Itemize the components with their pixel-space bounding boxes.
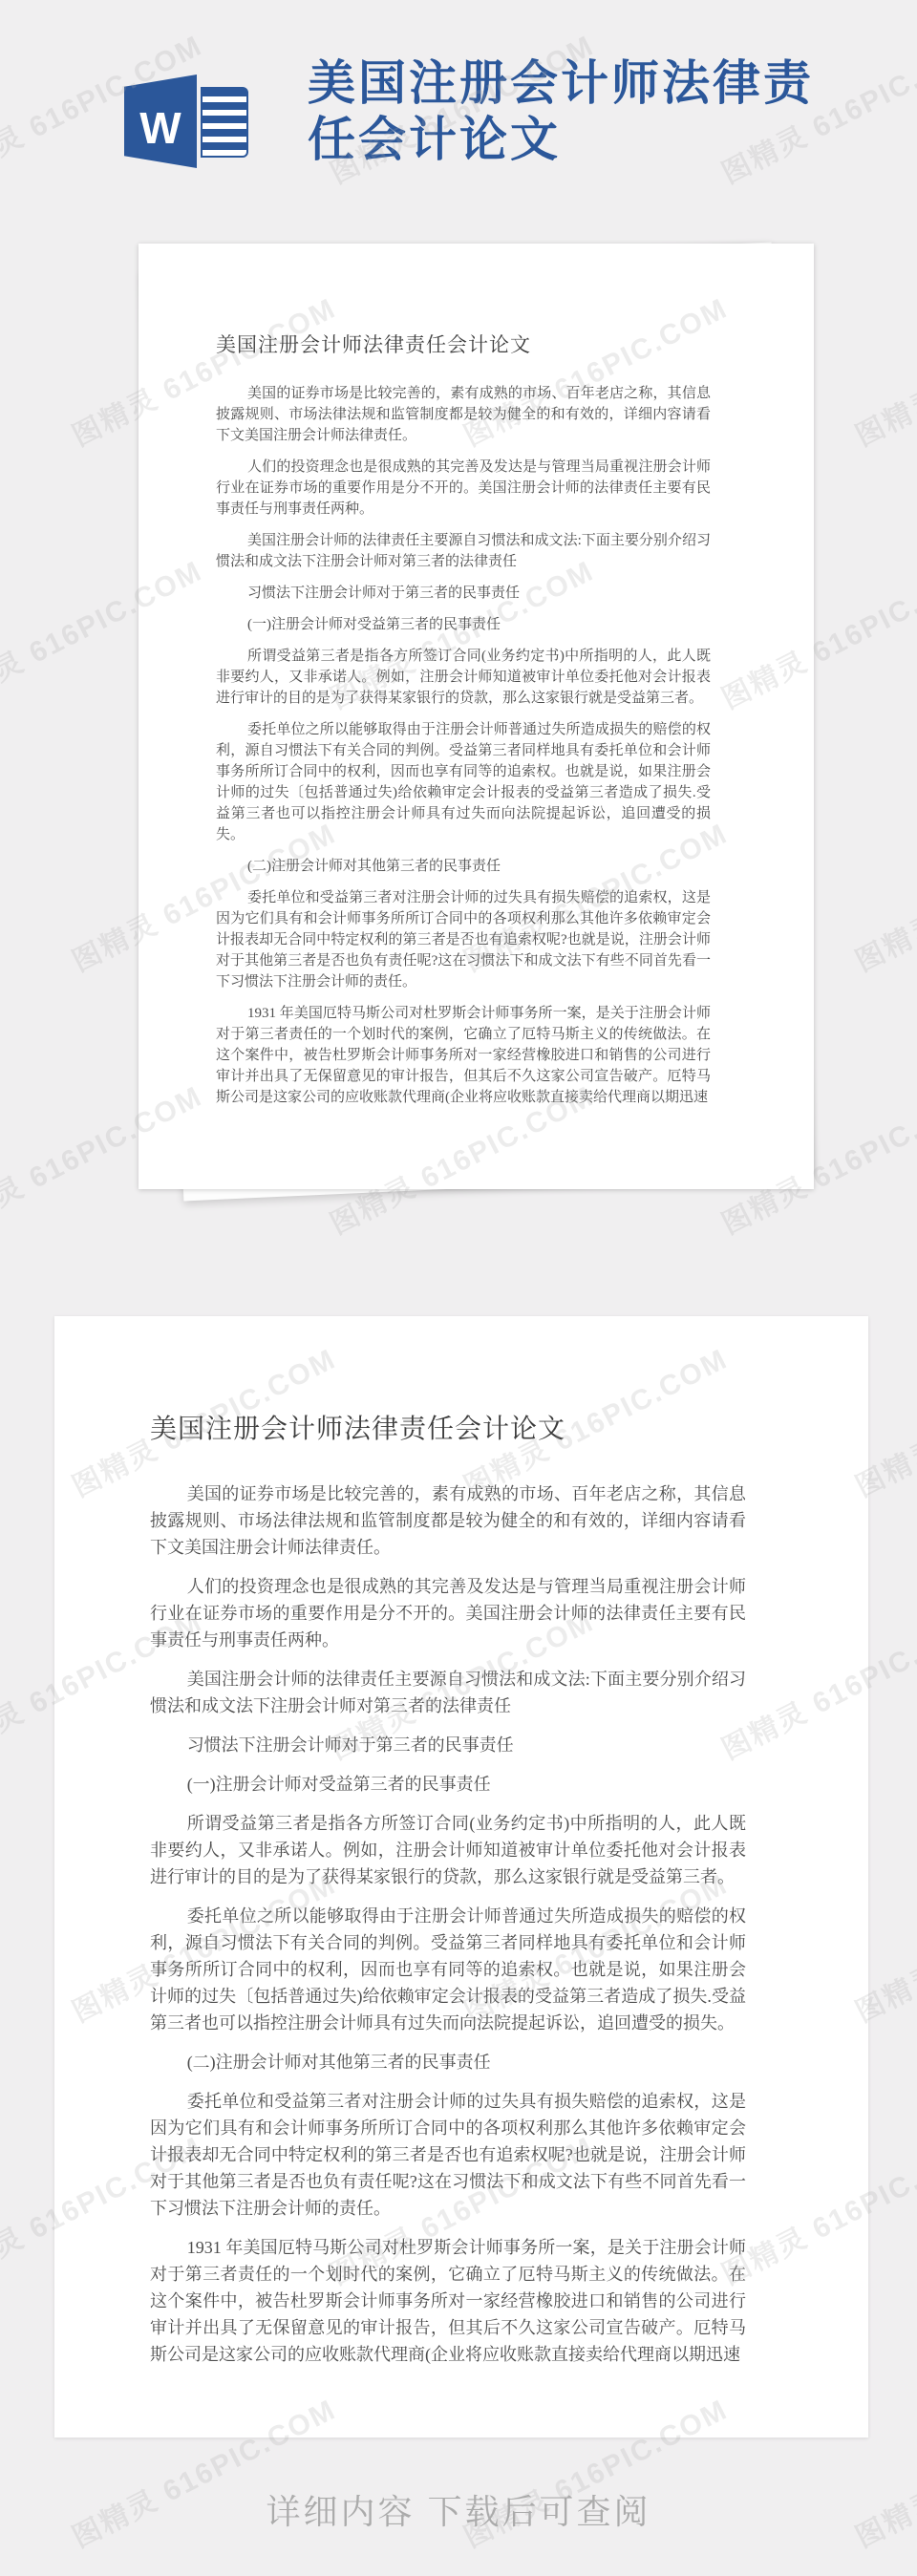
footer-hint: 详细内容 下载后可查阅 — [0, 2485, 917, 2534]
document-paragraph: 人们的投资理念也是很成熟的其完善及发达是与管理当局重视注册会计师行业在证券市场的… — [216, 457, 711, 520]
header: W 美国注册会计师法律责任会计论文 — [0, 0, 917, 244]
word-icon-letter: W — [139, 106, 181, 150]
document-paragraph: 1931 年美国厄特马斯公司对杜罗斯会计师事务所一案，是关于注册会计师对于第三者… — [150, 2234, 746, 2368]
document-paragraph: 委托单位和受益第三者对注册会计师的过失具有损失赔偿的追索权，这是因为它们具有和会… — [216, 887, 711, 992]
document-paragraph: 1931 年美国厄特马斯公司对杜罗斯会计师事务所一案，是关于注册会计师对于第三者… — [216, 1003, 711, 1108]
document-body: 美国的证券市场是比较完善的，素有成熟的市场、百年老店之称，其信息披露规则、市场法… — [216, 383, 711, 1108]
document-paragraph: (一)注册会计师对受益第三者的民事责任 — [216, 614, 711, 635]
document-paragraph: 所谓受益第三者是指各方所签订合同(业务约定书)中所指明的人，此人既非要约人，又非… — [216, 646, 711, 709]
document-paragraph: 所谓受益第三者是指各方所签订合同(业务约定书)中所指明的人，此人既非要约人，又非… — [150, 1810, 746, 1890]
document-paragraph: 委托单位之所以能够取得由于注册会计师普通过失所造成损失的赔偿的权利，源自习惯法下… — [150, 1903, 746, 2036]
word-icon: W — [124, 75, 250, 170]
document-paragraph: 委托单位和受益第三者对注册会计师的过失具有损失赔偿的追索权，这是因为它们具有和会… — [150, 2088, 746, 2222]
document-paragraph: 习惯法下注册会计师对于第三者的民事责任 — [150, 1732, 746, 1758]
document-paragraph: (二)注册会计师对其他第三者的民事责任 — [216, 856, 711, 877]
document-paragraph: 习惯法下注册会计师对于第三者的民事责任 — [216, 583, 711, 604]
document-paragraph: 人们的投资理念也是很成熟的其完善及发达是与管理当局重视注册会计师行业在证券市场的… — [150, 1573, 746, 1653]
page-title: 美国注册会计师法律责任会计论文 — [308, 55, 828, 167]
document-full-section: 美国注册会计师法律责任会计论文 美国的证券市场是比较完善的，素有成熟的市场、百年… — [54, 1316, 868, 2438]
document-title: 美国注册会计师法律责任会计论文 — [150, 1408, 746, 1446]
document-paragraph: 美国注册会计师的法律责任主要源自习惯法和成文法:下面主要分别介绍习惯法和成文法下… — [216, 530, 711, 572]
page-root: W 美国注册会计师法律责任会计论文 美国注册会计师法律责任会计论文 美国的证券市… — [0, 0, 917, 2576]
document-paragraph: 美国的证券市场是比较完善的，素有成熟的市场、百年老店之称，其信息披露规则、市场法… — [150, 1480, 746, 1561]
document-title: 美国注册会计师法律责任会计论文 — [216, 330, 711, 358]
document-paragraph: (二)注册会计师对其他第三者的民事责任 — [150, 2049, 746, 2076]
document-preview-card[interactable]: 美国注册会计师法律责任会计论文 美国的证券市场是比较完善的，素有成熟的市场、百年… — [139, 244, 814, 1189]
word-icon-page — [201, 87, 248, 158]
watermark: 图精灵 616PIC.COM — [847, 285, 917, 455]
document-paragraph: 委托单位之所以能够取得由于注册会计师普通过失所造成损失的赔偿的权利，源自习惯法下… — [216, 719, 711, 845]
watermark: 图精灵 616PIC.COM — [847, 810, 917, 980]
document-paragraph: 美国的证券市场是比较完善的，素有成熟的市场、百年老店之称，其信息披露规则、市场法… — [216, 383, 711, 446]
document-paragraph: (一)注册会计师对受益第三者的民事责任 — [150, 1771, 746, 1798]
document-paragraph: 美国注册会计师的法律责任主要源自习惯法和成文法:下面主要分别介绍习惯法和成文法下… — [150, 1666, 746, 1719]
document-body: 美国的证券市场是比较完善的，素有成熟的市场、百年老店之称，其信息披露规则、市场法… — [150, 1480, 746, 2368]
word-icon-panel: W — [124, 75, 197, 168]
